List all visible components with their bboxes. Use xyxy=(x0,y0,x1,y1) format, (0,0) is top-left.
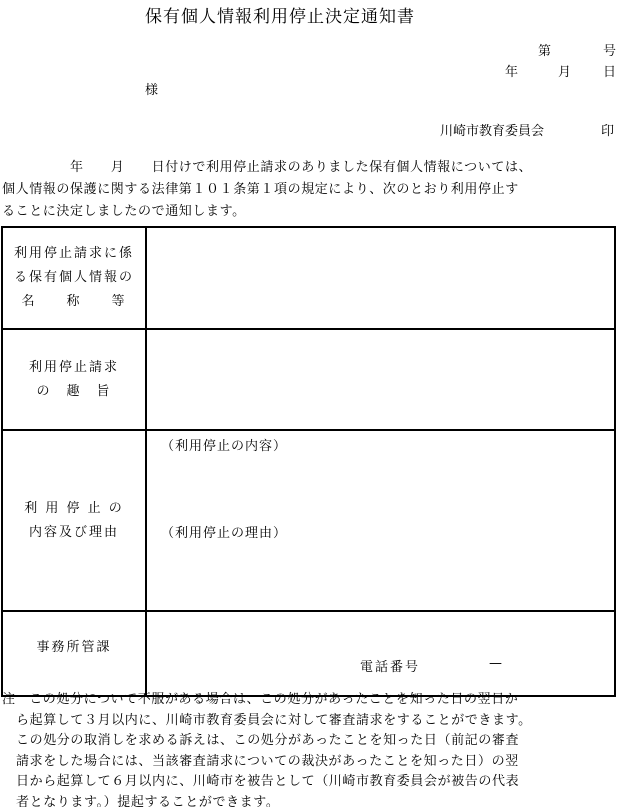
table-row-request-purpose: 利用停止請求 の 趣 旨 xyxy=(2,329,615,430)
label-line: 事務所管課 xyxy=(3,636,145,660)
field-content-reason[interactable]: （利用停止の内容） （利用停止の理由） xyxy=(146,430,615,611)
phone-label: 電話番号 xyxy=(360,656,420,675)
label-line: 利用停止請求 xyxy=(3,356,145,380)
body-line: 年 月 日付けで利用停止請求のありました保有個人情報については、 xyxy=(2,157,532,179)
label-line: 利 用 停 止 の xyxy=(3,497,145,521)
table-row-record-name: 利用停止請求に係 る保有個人情報の 名 称 等 xyxy=(2,227,615,329)
table-row-content-reason: 利 用 停 止 の 内容及び理由 （利用停止の内容） （利用停止の理由） xyxy=(2,430,615,611)
body-line: 個人情報の保護に関する法律第１０１条第１項の規定により、次のとおり利用停止す xyxy=(2,179,532,201)
notes: 注 この処分について不服がある場合は、この処分があったことを知った日の翌日か ら… xyxy=(2,690,532,807)
label-record-name: 利用停止請求に係 る保有個人情報の 名 称 等 xyxy=(2,227,146,329)
reason-heading: （利用停止の理由） xyxy=(161,522,287,541)
addressee-suffix: 様 xyxy=(145,79,158,98)
note-line: 注 この処分について不服がある場合は、この処分があったことを知った日の翌日か xyxy=(2,690,532,711)
label-line: 名 称 等 xyxy=(3,290,145,314)
label-request-purpose: 利用停止請求 の 趣 旨 xyxy=(2,329,146,430)
note-line: 日から起算して６月以内に、川崎市を被告として（川崎市教育委員会が被告の代表 xyxy=(2,772,532,793)
note-line: 者となります。）提起することができます。 xyxy=(2,793,532,807)
label-line: る保有個人情報の xyxy=(3,266,145,290)
phone-separator: — xyxy=(489,656,502,671)
content-heading: （利用停止の内容） xyxy=(161,435,287,454)
field-department[interactable]: 電話番号 — xyxy=(146,611,615,696)
reference-suffix: 号 xyxy=(603,40,616,59)
seal-mark: 印 xyxy=(601,120,614,139)
date-month: 月 xyxy=(558,61,571,80)
document-title: 保有個人情報利用停止決定通知書 xyxy=(145,2,415,27)
reference-prefix: 第 xyxy=(538,40,551,59)
body-line: ることに決定しましたので通知します。 xyxy=(2,201,532,223)
label-department: 事務所管課 xyxy=(2,611,146,696)
issuer-name: 川崎市教育委員会 xyxy=(440,124,544,139)
note-line: ら起算して３月以内に、川崎市教育委員会に対して審査請求をすることができます。 xyxy=(2,711,532,732)
decision-table: 利用停止請求に係 る保有個人情報の 名 称 等 利用停止請求 の 趣 旨 利 用… xyxy=(1,226,616,697)
label-content-reason: 利 用 停 止 の 内容及び理由 xyxy=(2,430,146,611)
body-paragraph: 年 月 日付けで利用停止請求のありました保有個人情報については、 個人情報の保護… xyxy=(2,157,532,223)
table-row-department: 事務所管課 電話番号 — xyxy=(2,611,615,696)
label-line: の 趣 旨 xyxy=(3,380,145,404)
issuer: 川崎市教育委員会 印 xyxy=(440,120,544,139)
field-request-purpose[interactable] xyxy=(146,329,615,430)
note-line: 請求をした場合には、当該審査請求についての裁決があったことを知った日）の翌 xyxy=(2,752,532,773)
field-record-name[interactable] xyxy=(146,227,615,329)
label-line: 利用停止請求に係 xyxy=(3,242,145,266)
date-year: 年 xyxy=(505,61,518,80)
label-line: 内容及び理由 xyxy=(3,521,145,545)
date-day: 日 xyxy=(603,61,616,80)
note-line: この処分の取消しを求める訴えは、この処分があったことを知った日（前記の審査 xyxy=(2,731,532,752)
